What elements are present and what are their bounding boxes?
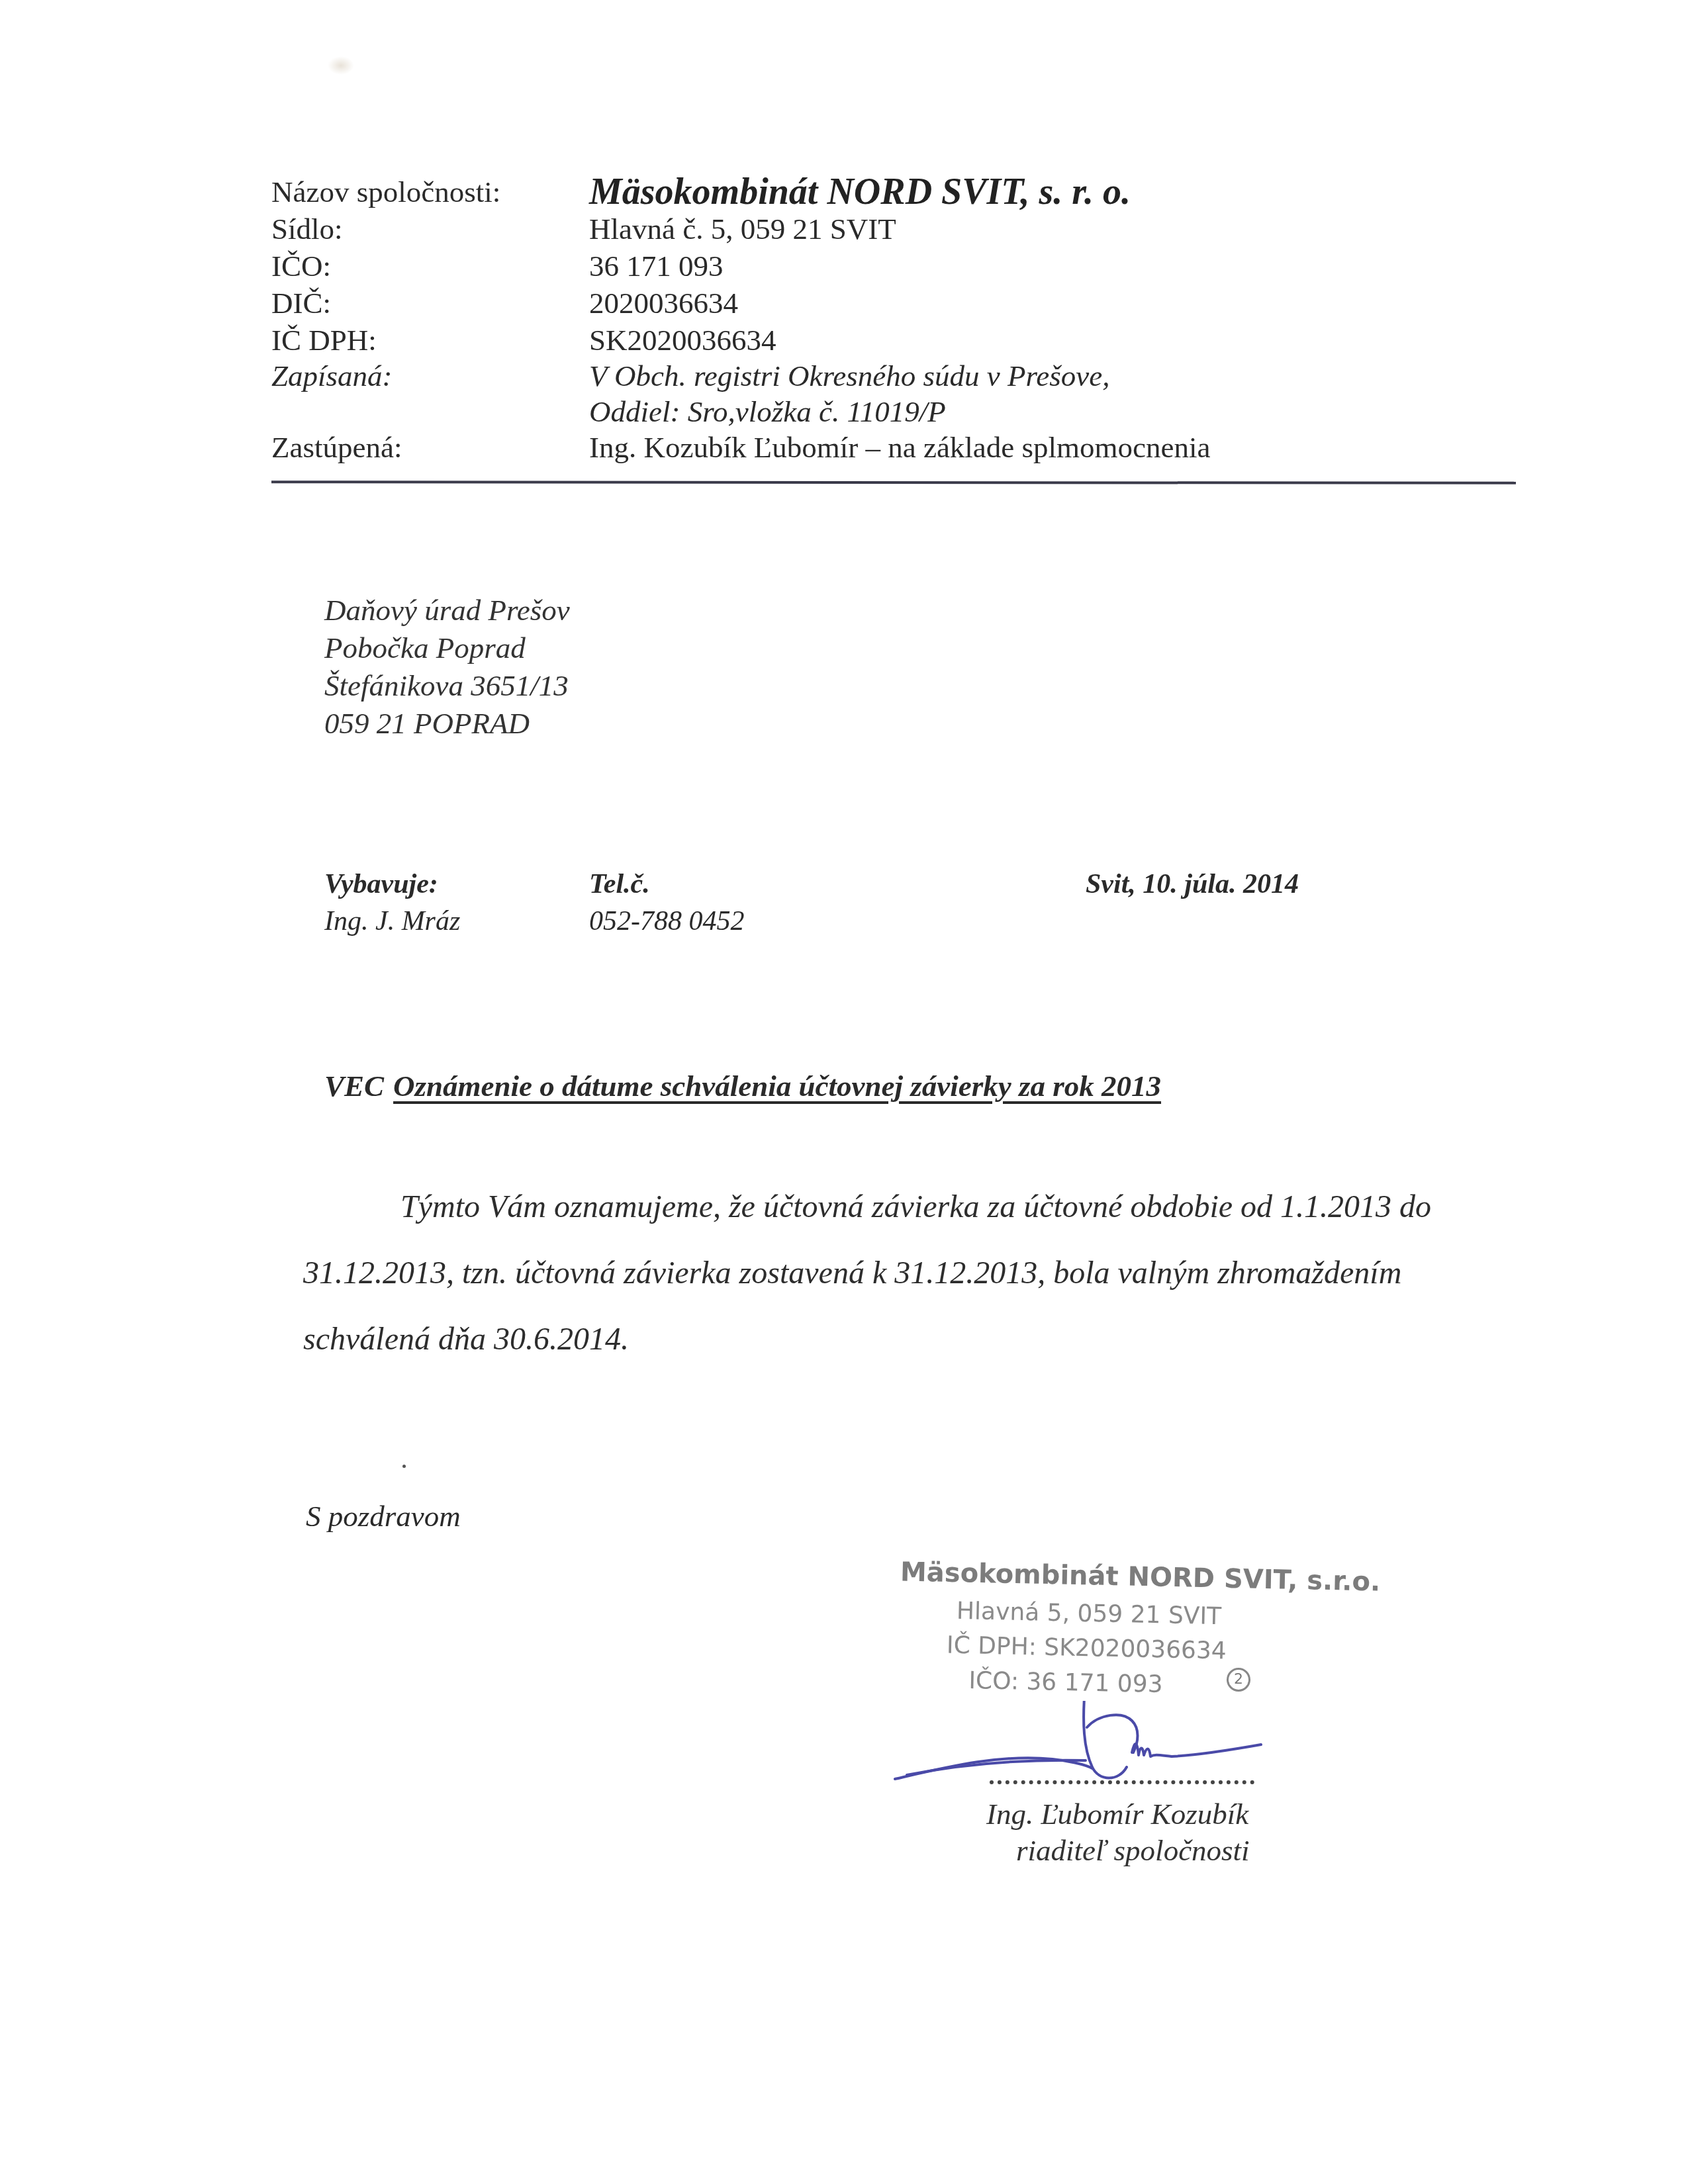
label-represented: Zastúpená: [271,429,402,466]
recipient-line-2: Pobočka Poprad [324,627,526,669]
stamp-address: Hlavná 5, 059 21 SVIT [950,1598,1229,1631]
stamp-ic-dph: IČ DPH: SK2020036634 [947,1632,1225,1665]
label-ic-dph: IČ DPH: [271,322,377,359]
signer-name: Ing. Ľubomír Kozubík [986,1797,1248,1831]
subject-prefix: VEC [324,1069,384,1103]
recipient-line-3: Štefánikova 3651/13 [324,664,569,707]
subject-text: Oznámenie o dátume schválenia účtovnej z… [393,1069,1161,1103]
header-divider [271,480,1516,484]
place-date: Svit, 10. júla. 2014 [1086,866,1299,903]
company-dic: 2020036634 [589,285,738,322]
signer-title: riaditeľ spoločnosti [1016,1833,1250,1868]
company-seat: Hlavná č. 5, 059 21 SVIT [589,210,896,248]
stray-dot [402,1465,406,1468]
recipient-line-4: 059 21 POPRAD [324,702,530,745]
handler-name: Ing. J. Mráz [324,903,460,940]
company-ic-dph: SK2020036634 [589,322,776,359]
stamp-number-badge: 2 [1227,1668,1250,1692]
body-line-3: schválená dňa 30.6.2014. [303,1318,629,1361]
label-dic: DIČ: [271,285,331,322]
company-ico: 36 171 093 [589,248,724,285]
signature-dotted-line [990,1780,1254,1784]
handler-label: Vybavuje: [324,866,438,903]
phone-value: 052-788 0452 [589,903,745,940]
handwritten-signature [894,1701,1264,1794]
scan-smudge [328,56,354,75]
company-name: Mäsokombinát NORD SVIT, s. r. o. [589,171,1131,213]
body-line-2: 31.12.2013, tzn. účtovná závierka zostav… [303,1252,1401,1295]
body-line-1: Týmto Vám oznamujeme, že účtovná závierk… [400,1186,1431,1228]
label-ico: IČO: [271,248,331,285]
label-registered: Zapísaná: [271,357,393,394]
subject-line: VECOznámenie o dátume schválenia účtovne… [324,1069,1161,1103]
label-seat: Sídlo: [271,210,343,248]
company-registry-section: Oddiel: Sro,vložka č. 11019/P [589,393,946,430]
company-registry: V Obch. registri Okresného súdu v Prešov… [589,357,1110,394]
phone-label: Tel.č. [589,866,650,903]
stamp-ico: IČO: 36 171 093 [947,1666,1186,1699]
recipient-line-1: Daňový úrad Prešov [324,589,570,631]
company-representative: Ing. Kozubík Ľubomír – na základe splmom… [589,429,1211,466]
stamp-company-name: Mäsokombinát NORD SVIT, s.r.o. [900,1557,1381,1597]
closing-greeting: S pozdravom [306,1499,461,1533]
label-company-name: Názov spoločnosti: [271,173,500,210]
